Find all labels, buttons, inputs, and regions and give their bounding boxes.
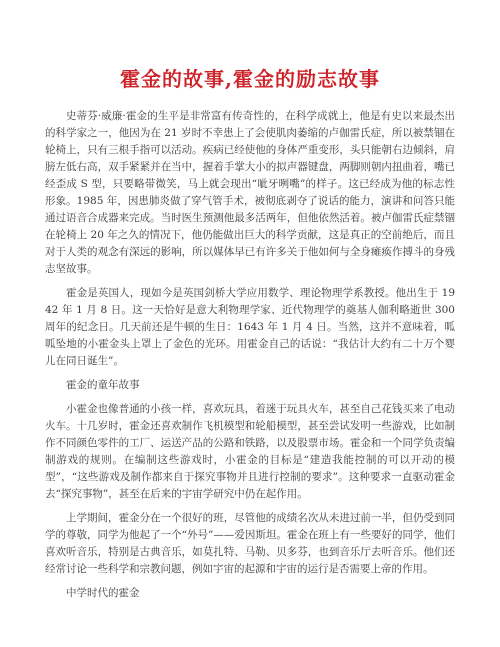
body-paragraph: 小霍金也像普通的小孩一样，喜欢玩具，着迷于玩具火车，甚至自己花钱买来了电动火车。…	[45, 401, 455, 503]
document-body: 史蒂芬·威廉·霍金的生平是非常富有传奇性的，在科学成就上，他是有史以来最杰出的科…	[45, 108, 455, 602]
section-heading: 中学时代的霍金	[45, 585, 455, 602]
body-paragraph: 史蒂芬·威廉·霍金的生平是非常富有传奇性的，在科学成就上，他是有史以来最杰出的科…	[45, 108, 455, 278]
document-title: 霍金的故事,霍金的励志故事	[45, 64, 455, 94]
section-heading: 霍金的童年故事	[45, 377, 455, 394]
body-paragraph: 霍金是英国人，现如今是英国剑桥大学应用数学、理论物理学系教授。他出生于 1942…	[45, 285, 455, 370]
body-paragraph: 上学期间，霍金分在一个很好的班，尽管他的成绩名次从未进过前一半，但仍受到同学的尊…	[45, 510, 455, 578]
document-page: 霍金的故事,霍金的励志故事 史蒂芬·威廉·霍金的生平是非常富有传奇性的，在科学成…	[0, 0, 500, 647]
